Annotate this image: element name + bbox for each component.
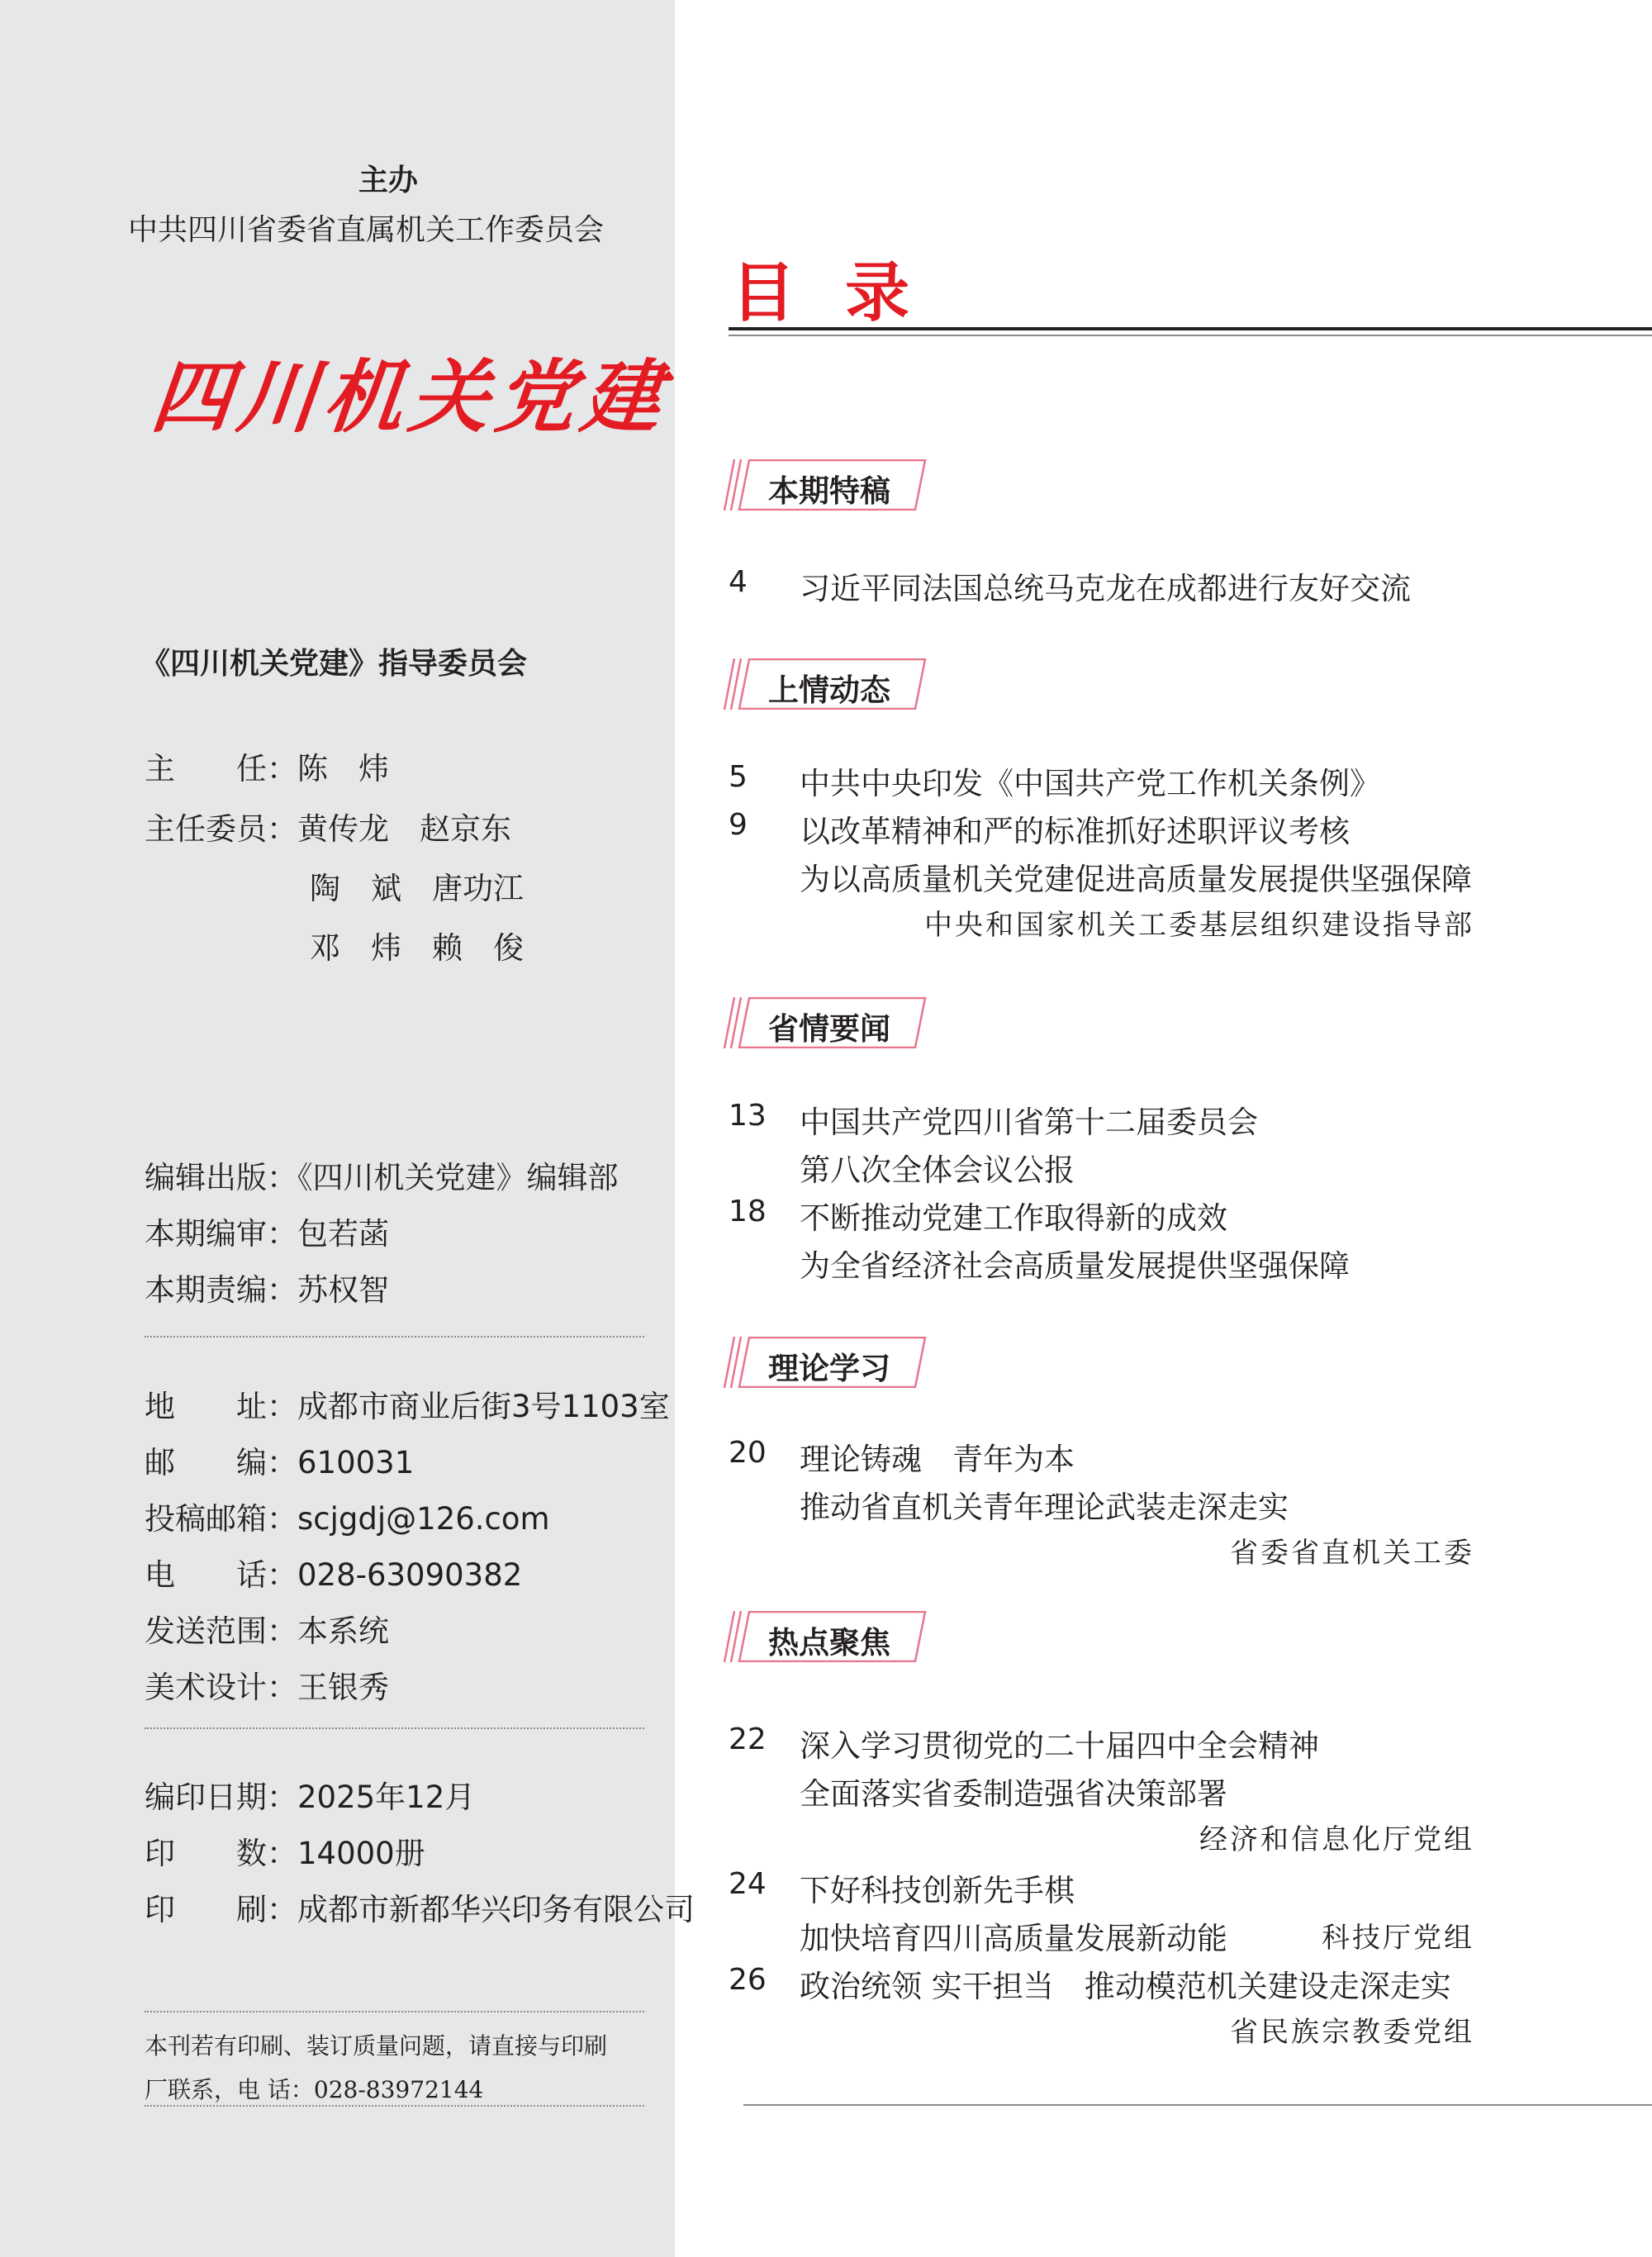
title-rule	[729, 327, 1652, 330]
print-row: 编印日期：2025年12月	[145, 1772, 475, 1817]
section-tag: 本期特稿	[723, 459, 929, 511]
toc-entry-link[interactable]: 不断推动党建工作取得新的成效	[800, 1193, 1227, 1238]
email-value: scjgdj@126.com	[297, 1501, 550, 1537]
section-tag: 省情要闻	[723, 997, 929, 1048]
section-tag: 热点聚焦	[723, 1611, 929, 1662]
article-author: 经济和信息化厅党组	[1199, 1817, 1474, 1857]
committee-members: 主任委员：黄传龙 赵京东	[145, 804, 511, 848]
toc-entry-link[interactable]: 深入学习贯彻党的二十届四中全会精神	[800, 1721, 1319, 1765]
toc-entry-link[interactable]: 以改革精神和严的标准抓好述职评议考核	[800, 806, 1350, 851]
dotted-divider	[145, 2011, 644, 2012]
dotted-divider	[145, 2105, 644, 2107]
toc-entry-link[interactable]: 全面落实省委制造强省决策部署	[800, 1769, 1227, 1813]
phone-value: 028-63090382	[297, 1557, 522, 1593]
toc-entry-link[interactable]: 推动省直机关青年理论武装走深走实	[800, 1482, 1289, 1527]
field-label: 地 址：	[145, 1389, 297, 1424]
page-number: 18	[729, 1195, 767, 1228]
field-label: 本期编审：	[145, 1216, 297, 1252]
magazine-logo: 四川机关党建	[147, 335, 674, 448]
field-label: 本期责编：	[145, 1272, 297, 1308]
print-quality-notice: 本刊若有印刷、装订质量问题，请直接与印刷	[145, 2028, 607, 2061]
toc-entry-link[interactable]: 为以高质量机关党建促进高质量发展提供坚强保障	[800, 854, 1472, 899]
field-value: 苏权智	[297, 1272, 389, 1308]
page-number: 24	[729, 1867, 767, 1901]
field-label: 电 话：	[145, 1557, 297, 1593]
section-tag: 理论学习	[723, 1337, 929, 1388]
field-label: 邮 编：	[145, 1445, 297, 1480]
field-label: 编辑出版：	[145, 1160, 297, 1195]
editorial-row: 本期编审：包若菡	[145, 1209, 389, 1253]
contact-row: 邮 编：610031	[145, 1437, 414, 1482]
section-label: 理论学习	[768, 1343, 890, 1388]
section-label: 本期特稿	[768, 466, 890, 511]
section-tag: 上情动态	[723, 658, 929, 710]
field-value: 包若菡	[297, 1216, 389, 1252]
field-label: 发送范围：	[145, 1613, 297, 1649]
field-value: 14000册	[297, 1836, 425, 1871]
print-row: 印 刷：成都市新都华兴印务有限公司	[145, 1884, 695, 1929]
page-number: 22	[729, 1722, 767, 1756]
director-name: 陈 炜	[297, 751, 389, 786]
field-label: 编印日期：	[145, 1779, 297, 1815]
page-number: 5	[729, 760, 748, 794]
field-value: 成都市新都华兴印务有限公司	[297, 1892, 695, 1927]
editorial-row: 编辑出版：《四川机关党建》编辑部	[145, 1152, 619, 1197]
field-label: 印 刷：	[145, 1892, 297, 1927]
field-value: 王银秀	[297, 1670, 389, 1705]
members-row: 黄传龙 赵京东	[297, 811, 511, 847]
field-label: 投稿邮箱：	[145, 1501, 297, 1537]
page-number: 20	[729, 1436, 767, 1470]
page-number: 26	[729, 1963, 767, 1997]
page-number: 9	[729, 808, 748, 842]
dotted-divider	[145, 1727, 644, 1729]
article-author: 省民族宗教委党组	[1230, 2009, 1474, 2050]
toc-entry-link[interactable]: 第八次全体会议公报	[800, 1145, 1075, 1190]
toc-entry-link[interactable]: 中共中央印发《中国共产党工作机关条例》	[800, 758, 1380, 803]
bottom-rule	[743, 2104, 1652, 2106]
article-author: 科技厅党组	[1322, 1915, 1474, 1955]
committee-title: 《四川机关党建》指导委员会	[140, 640, 527, 682]
toc-entry-link[interactable]: 政治统领 实干担当 推动模范机关建设走深走实	[800, 1961, 1451, 2006]
contact-row: 地 址：成都市商业后街3号1103室	[145, 1381, 670, 1426]
section-label: 热点聚焦	[768, 1618, 890, 1662]
contact-row: 投稿邮箱：scjgdj@126.com	[145, 1494, 550, 1538]
toc-entry-link[interactable]: 理论铸魂 青年为本	[800, 1434, 1075, 1479]
print-quality-notice: 厂联系，电 话：028-83972144	[145, 2072, 483, 2105]
contact-row: 美术设计：王银秀	[145, 1662, 389, 1707]
toc-entry-link[interactable]: 中国共产党四川省第十二届委员会	[800, 1097, 1258, 1142]
toc-entry-link[interactable]: 加快培育四川高质量发展新动能	[800, 1913, 1227, 1958]
title-rule	[729, 335, 1652, 336]
sponsor-organization: 中共四川省委省直属机关工作委员会	[128, 207, 604, 249]
field-value: 《四川机关党建》编辑部	[297, 1160, 619, 1195]
article-author: 中央和国家机关工委基层组织建设指导部	[924, 902, 1474, 943]
committee-director: 主 任：陈 炜	[145, 744, 389, 788]
field-value: 成都市商业后街3号1103室	[297, 1389, 670, 1424]
field-value: 610031	[297, 1445, 414, 1480]
sponsor-label: 主办	[0, 157, 776, 199]
toc-title: 目录	[731, 241, 959, 334]
field-value: 本系统	[297, 1613, 389, 1649]
contact-row: 电 话：028-63090382	[145, 1550, 522, 1594]
toc-entry-link[interactable]: 为全省经济社会高质量发展提供坚强保障	[800, 1241, 1350, 1285]
field-label: 印 数：	[145, 1836, 297, 1871]
contact-row: 发送范围：本系统	[145, 1606, 389, 1651]
page-number: 4	[729, 565, 748, 599]
print-row: 印 数：14000册	[145, 1828, 425, 1873]
dotted-divider	[145, 1336, 644, 1338]
section-label: 省情要闻	[768, 1004, 890, 1048]
page-number: 13	[729, 1099, 767, 1133]
members-label: 主任委员：	[145, 804, 297, 848]
toc-entry-link[interactable]: 下好科技创新先手棋	[800, 1865, 1075, 1910]
article-author: 省委省直机关工委	[1230, 1530, 1474, 1570]
toc-entry-link[interactable]: 习近平同法国总统马克龙在成都进行友好交流	[800, 563, 1411, 608]
editorial-row: 本期责编：苏权智	[145, 1265, 389, 1309]
field-value: 2025年12月	[297, 1779, 475, 1815]
section-label: 上情动态	[768, 665, 890, 710]
field-label: 美术设计：	[145, 1670, 297, 1705]
members-row: 邓 炜 赖 俊	[310, 923, 524, 967]
director-label: 主 任：	[145, 744, 297, 788]
members-row: 陶 斌 唐功江	[310, 863, 524, 908]
